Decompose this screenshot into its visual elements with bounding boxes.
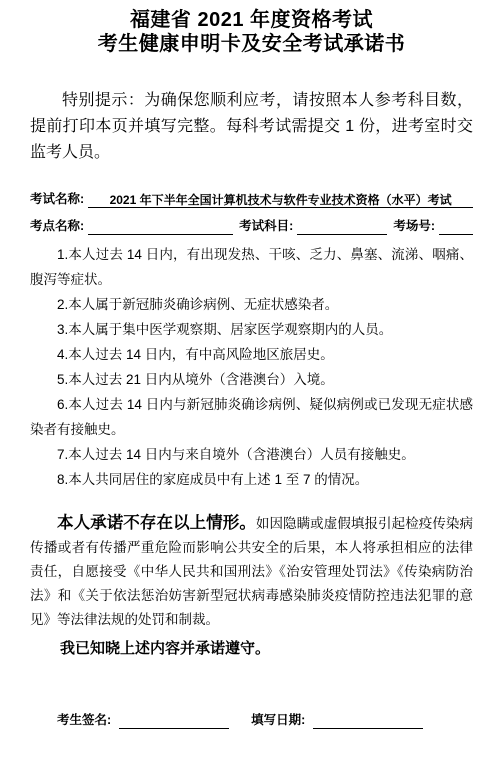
room-number-label: 考场号: [393,217,435,235]
page-title-line1: 福建省 2021 年度资格考试 [30,8,473,32]
condition-item-8: 8.本人共同居住的家庭成员中有上述 1 至 7 的情况。 [30,467,473,492]
page-title-line2: 考生健康申明卡及安全考试承诺书 [30,32,473,56]
condition-item-4: 4.本人过去 14 日内，有中高风险地区旅居史。 [30,342,473,367]
candidate-signature-label: 考生签名: [57,711,111,729]
condition-item-5: 5.本人过去 21 日内从境外（含港澳台）入境。 [30,367,473,392]
exam-name-row: 考试名称: 2021 年下半年全国计算机技术与软件专业技术资格（水平）考试 [30,190,473,208]
fill-date-field [313,712,423,729]
candidate-signature-field [119,712,229,729]
fill-date-label: 填写日期: [251,711,305,729]
site-name-field [88,218,233,235]
commitment-body: 如因隐瞒或虚假填报引起检疫传染病传播或者有传播严重危险而影响公共安全的后果，本人… [30,516,473,627]
special-notice: 特别提示：为确保您顺利应考，请按照本人参考科目数，提前打印本页并填写完整。每科考… [30,88,473,166]
page-title: 福建省 2021 年度资格考试 考生健康申明卡及安全考试承诺书 [30,8,473,56]
exam-name-field: 2021 年下半年全国计算机技术与软件专业技术资格（水平）考试 [88,191,473,208]
health-conditions-list: 1.本人过去 14 日内，有出现发热、干咳、乏力、鼻塞、流涕、咽痛、腹泻等症状。… [30,242,473,492]
acknowledgement-line: 我已知晓上述内容并承诺遵守。 [30,637,473,661]
exam-site-row: 考点名称: 考试科目: 考场号: [30,217,473,235]
room-number-field [439,218,473,235]
exam-name-label: 考试名称: [30,190,84,208]
subject-field [297,218,387,235]
condition-item-6: 6.本人过去 14 日内与新冠肺炎确诊病例、疑似病例或已发现无症状感染者有接触史… [30,392,473,442]
signature-row: 考生签名: 填写日期: [30,711,473,729]
subject-label: 考试科目: [239,217,293,235]
site-name-label: 考点名称: [30,217,84,235]
condition-item-3: 3.本人属于集中医学观察期、居家医学观察期内的人员。 [30,317,473,342]
condition-item-2: 2.本人属于新冠肺炎确诊病例、无症状感染者。 [30,292,473,317]
condition-item-7: 7.本人过去 14 日内与来自境外（含港澳台）人员有接触史。 [30,442,473,467]
condition-item-1: 1.本人过去 14 日内，有出现发热、干咳、乏力、鼻塞、流涕、咽痛、腹泻等症状。 [30,242,473,292]
document-page: 福建省 2021 年度资格考试 考生健康申明卡及安全考试承诺书 特别提示：为确保… [0,0,503,757]
commitment-lead: 本人承诺不存在以上情形。 [57,514,256,532]
commitment-paragraph: 本人承诺不存在以上情形。如因隐瞒或虚假填报引起检疫传染病传播或者有传播严重危险而… [30,512,473,632]
special-notice-label: 特别提示： [62,92,144,109]
